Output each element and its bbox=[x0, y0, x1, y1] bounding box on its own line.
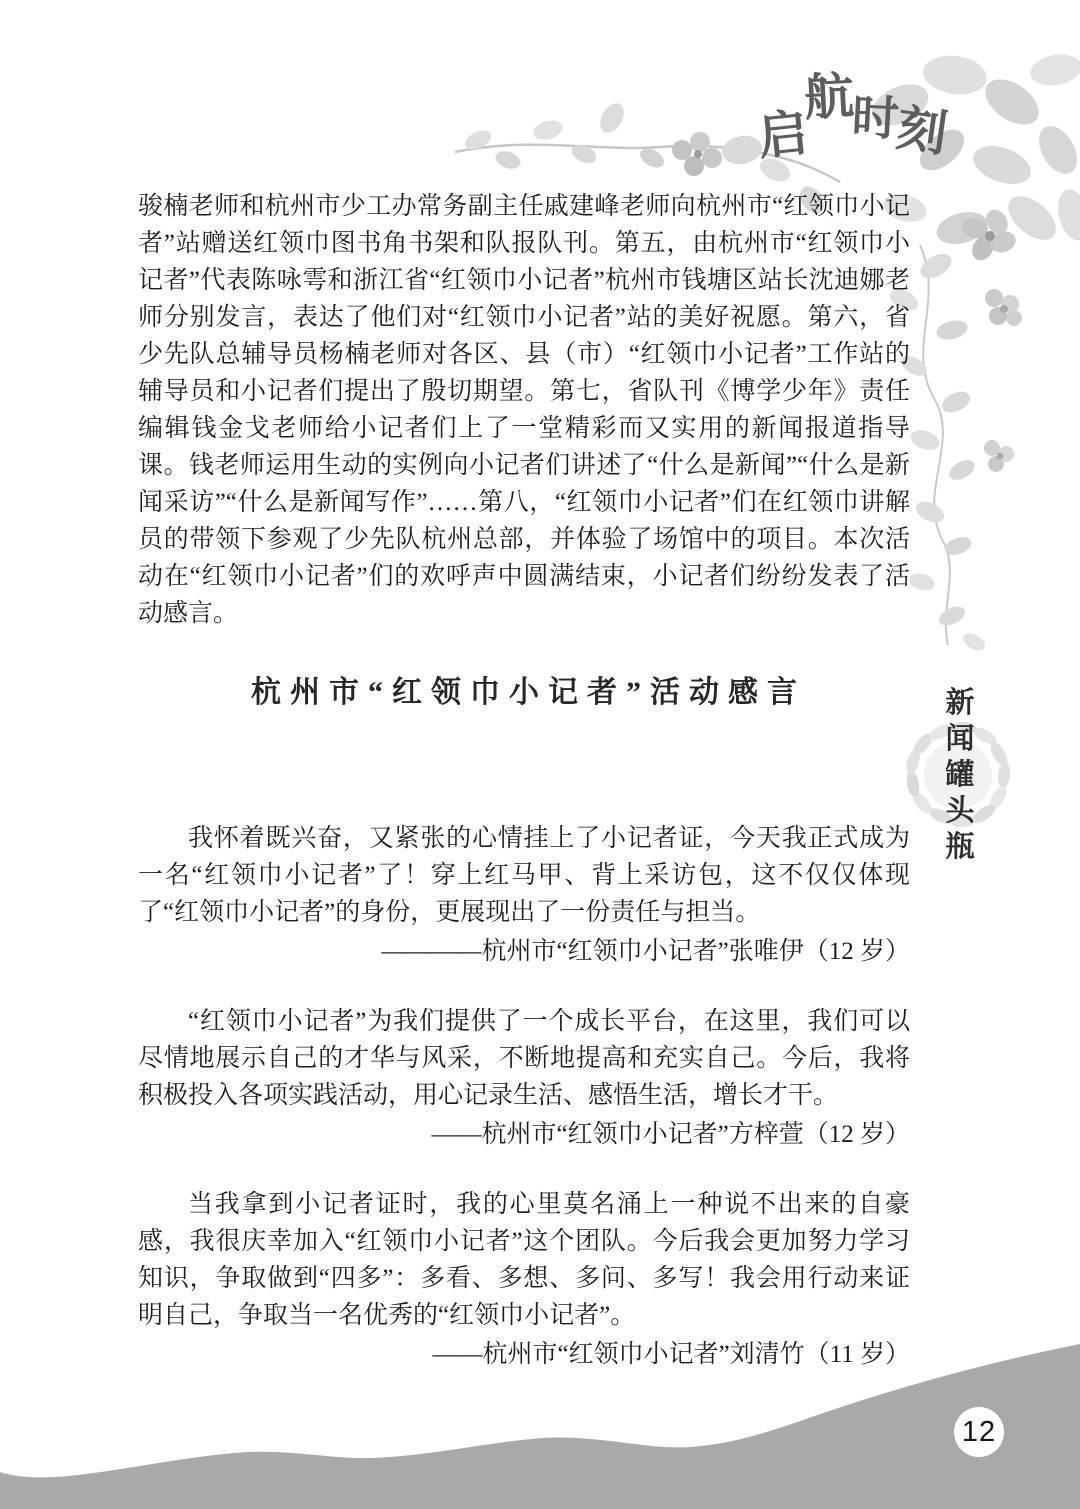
testimonial-2-body: “红领巾小记者”为我们提供了一个成长平台，在这里，我们可以尽情地展示自己的才华与… bbox=[138, 1003, 910, 1114]
testimonial-3-body: 当我拿到小记者证时，我的心里莫名涌上一种说不出来的自豪感，我很庆幸加入“红领巾小… bbox=[138, 1186, 910, 1334]
vine-flower-lower bbox=[984, 440, 1014, 472]
banner-char-4: 刻 bbox=[894, 103, 950, 159]
testimonial-2-attribution: ——杭州市“红领巾小记者”方梓萱（12 岁） bbox=[138, 1116, 910, 1153]
banner-char-2: 航 bbox=[803, 71, 856, 124]
book-page: 启 航 时 刻 骏楠老师和杭州市少工办常务副主任戚建峰老师向杭州市“红领巾小记者… bbox=[0, 0, 1080, 1509]
banner-title: 启 航 时 刻 bbox=[0, 0, 1080, 200]
banner-char-1: 启 bbox=[756, 108, 811, 163]
sidebar-char-4: 头 bbox=[945, 796, 974, 826]
lead-paragraph: 骏楠老师和杭州市少工办常务副主任戚建峰老师向杭州市“红领巾小记者”站赠送红领巾图… bbox=[138, 188, 910, 632]
cluster-flower bbox=[960, 206, 1018, 265]
testimonial-3-attribution: ——杭州市“红领巾小记者”刘清竹（11 岁） bbox=[138, 1336, 910, 1373]
section-title: 杭州市“红领巾小记者”活动感言 bbox=[138, 670, 910, 716]
banner-char-3: 时 bbox=[851, 93, 900, 142]
testimonial-1-body: 我怀着既兴奋，又紧张的心情挂上了小记者证，今天我正式成为一名“红领巾小记者”了！… bbox=[138, 820, 910, 931]
sidebar-char-1: 新 bbox=[945, 688, 974, 718]
testimonial-1-attribution: ————杭州市“红领巾小记者”张唯伊（12 岁） bbox=[138, 933, 910, 970]
page-number: 12 bbox=[962, 1416, 996, 1449]
sidebar-char-2: 闻 bbox=[945, 724, 974, 754]
article-body: 骏楠老师和杭州市少工办常务副主任戚建峰老师向杭州市“红领巾小记者”站赠送红领巾图… bbox=[138, 188, 910, 1373]
sidebar-char-3: 罐 bbox=[945, 760, 974, 790]
vine-flower-upper bbox=[985, 289, 1022, 326]
sidebar-char-5: 瓶 bbox=[945, 832, 974, 862]
sidebar-vertical-label: 新 闻 罐 头 瓶 bbox=[941, 688, 979, 862]
page-number-badge: 12 bbox=[954, 1407, 1004, 1457]
